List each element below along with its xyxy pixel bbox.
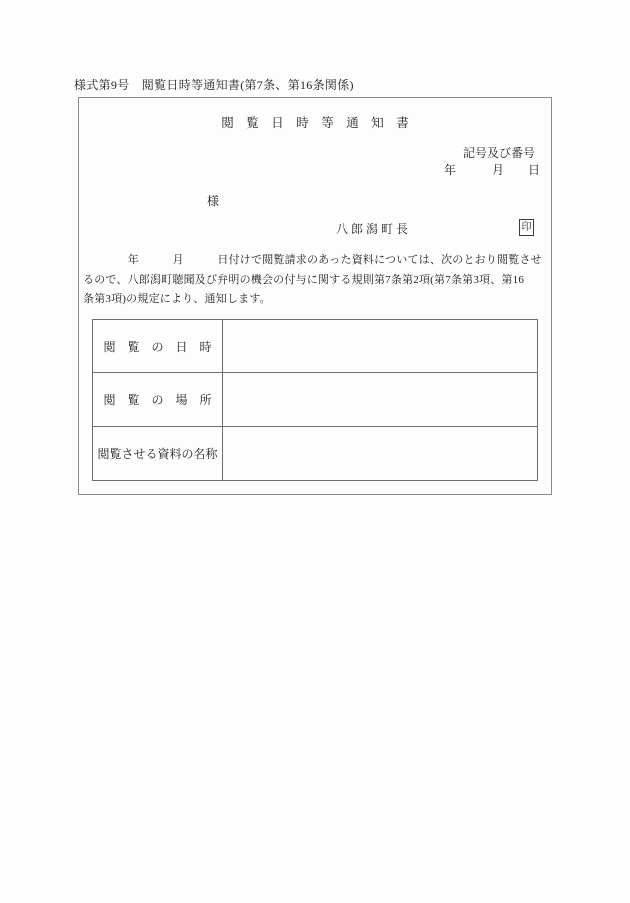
- seal-mark: 印: [519, 219, 534, 236]
- row-label-material-name: 閲覧させる資料の名称: [93, 427, 223, 480]
- form-number-label: 様式第9号 閲覧日時等通知書(第7条、第16条関係): [74, 78, 354, 93]
- viewing-details-table: 閲 覧 の 日 時 閲 覧 の 場 所 閲覧させる資料の名称: [92, 319, 538, 481]
- table-row: 閲 覧 の 日 時: [93, 320, 537, 373]
- document-title: 閲 覧 日 時 等 通 知 書: [79, 116, 551, 131]
- recipient-honorific: 様: [207, 194, 219, 209]
- row-label-viewing-place: 閲 覧 の 場 所: [93, 373, 223, 425]
- row-value-viewing-place: [223, 373, 537, 425]
- issue-date-line: 年 月 日: [444, 163, 540, 178]
- issuer-name: 八郎潟町長: [336, 222, 411, 237]
- body-line: 条第3項)の規定により、通知します。: [83, 290, 549, 310]
- body-line: るので、八郎潟町聴聞及び弁明の機会の付与に関する規則第7条第2項(第7条第3項、…: [83, 271, 549, 291]
- notice-form-box: 閲 覧 日 時 等 通 知 書 記号及び番号 年 月 日 様 八郎潟町長 印 年…: [78, 97, 552, 495]
- table-row: 閲覧させる資料の名称: [93, 427, 537, 480]
- row-value-material-name: [223, 427, 537, 480]
- row-label-viewing-datetime: 閲 覧 の 日 時: [93, 320, 223, 372]
- notification-body: 年 月 日付けで閲覧請求のあった資料については、次のとおり閲覧させ るので、八郎…: [83, 251, 549, 310]
- row-value-viewing-datetime: [223, 320, 537, 372]
- document-page: 様式第9号 閲覧日時等通知書(第7条、第16条関係) 閲 覧 日 時 等 通 知…: [0, 0, 630, 903]
- body-line: 年 月 日付けで閲覧請求のあった資料については、次のとおり閲覧させ: [83, 251, 549, 271]
- reference-number-label: 記号及び番号: [463, 146, 535, 161]
- table-row: 閲 覧 の 場 所: [93, 373, 537, 426]
